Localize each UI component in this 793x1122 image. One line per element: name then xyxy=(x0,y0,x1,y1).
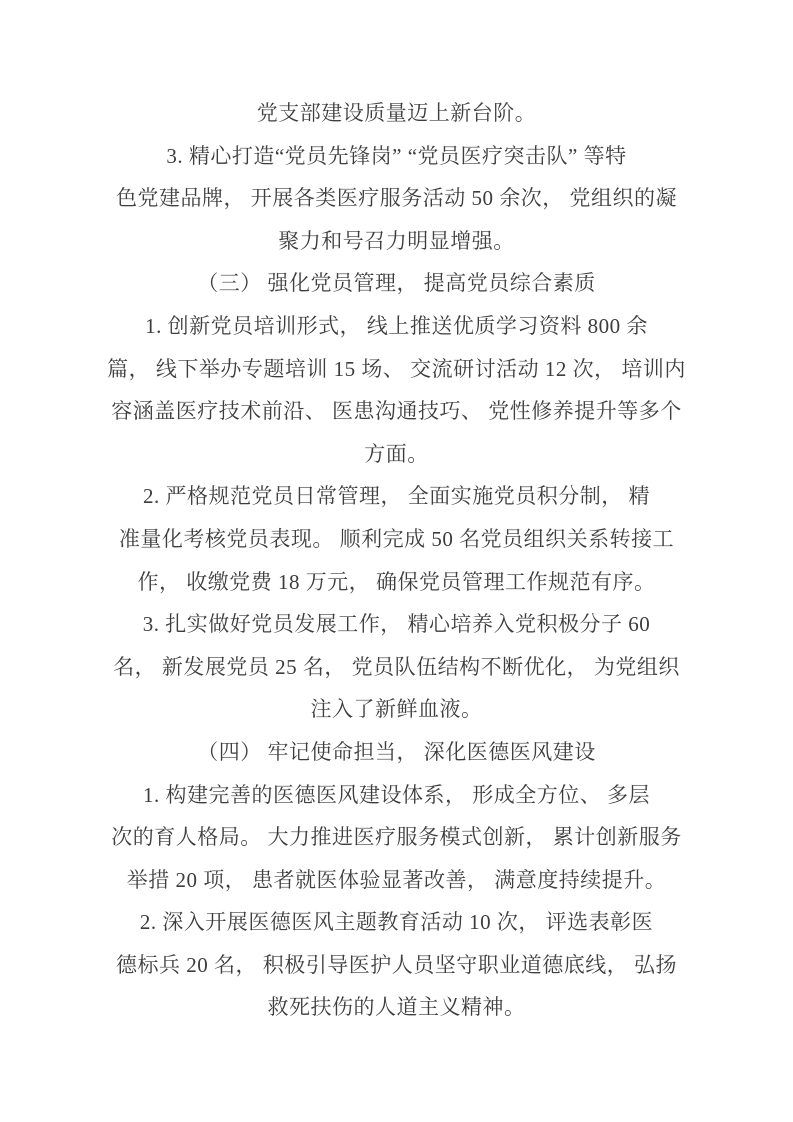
document-page: 党支部建设质量迈上新台阶。3. 精心打造“党员先锋岗” “党员医疗突击队” 等特… xyxy=(0,0,793,1122)
text-line: 3. 精心打造“党员先锋岗” “党员医疗突击队” 等特 xyxy=(106,135,687,178)
text-line: 救死扶伤的人道主义精神。 xyxy=(106,986,687,1029)
text-line: 1. 创新党员培训形式， 线上推送优质学习资料 800 余 xyxy=(106,305,687,348)
text-line: （三） 强化党员管理， 提高党员综合素质 xyxy=(106,262,687,305)
text-line: 2. 深入开展医德医风主题教育活动 10 次， 评选表彰医 xyxy=(106,901,687,944)
text-line: 容涵盖医疗技术前沿、 医患沟通技巧、 党性修养提升等多个 xyxy=(106,390,687,433)
text-line: 作， 收缴党费 18 万元， 确保党员管理工作规范有序。 xyxy=(106,561,687,604)
text-line: 注入了新鲜血液。 xyxy=(106,688,687,731)
text-line: 方面。 xyxy=(106,433,687,476)
text-line: 2. 严格规范党员日常管理， 全面实施党员积分制， 精 xyxy=(106,475,687,518)
text-line: （四） 牢记使命担当， 深化医德医风建设 xyxy=(106,731,687,774)
text-line: 德标兵 20 名， 积极引导医护人员坚守职业道德底线， 弘扬 xyxy=(106,944,687,987)
text-line: 举措 20 项， 患者就医体验显著改善， 满意度持续提升。 xyxy=(106,859,687,902)
text-line: 准量化考核党员表现。 顺利完成 50 名党员组织关系转接工 xyxy=(106,518,687,561)
text-line: 聚力和号召力明显增强。 xyxy=(106,220,687,263)
text-line: 色党建品牌， 开展各类医疗服务活动 50 余次， 党组织的凝 xyxy=(106,177,687,220)
text-line: 1. 构建完善的医德医风建设体系， 形成全方位、 多层 xyxy=(106,774,687,817)
document-content: 党支部建设质量迈上新台阶。3. 精心打造“党员先锋岗” “党员医疗突击队” 等特… xyxy=(106,92,687,1029)
text-line: 3. 扎实做好党员发展工作， 精心培养入党积极分子 60 xyxy=(106,603,687,646)
text-line: 党支部建设质量迈上新台阶。 xyxy=(106,92,687,135)
text-line: 名， 新发展党员 25 名， 党员队伍结构不断优化， 为党组织 xyxy=(106,646,687,689)
text-line: 篇， 线下举办专题培训 15 场、 交流研讨活动 12 次， 培训内 xyxy=(106,348,687,391)
text-line: 次的育人格局。 大力推进医疗服务模式创新， 累计创新服务 xyxy=(106,816,687,859)
